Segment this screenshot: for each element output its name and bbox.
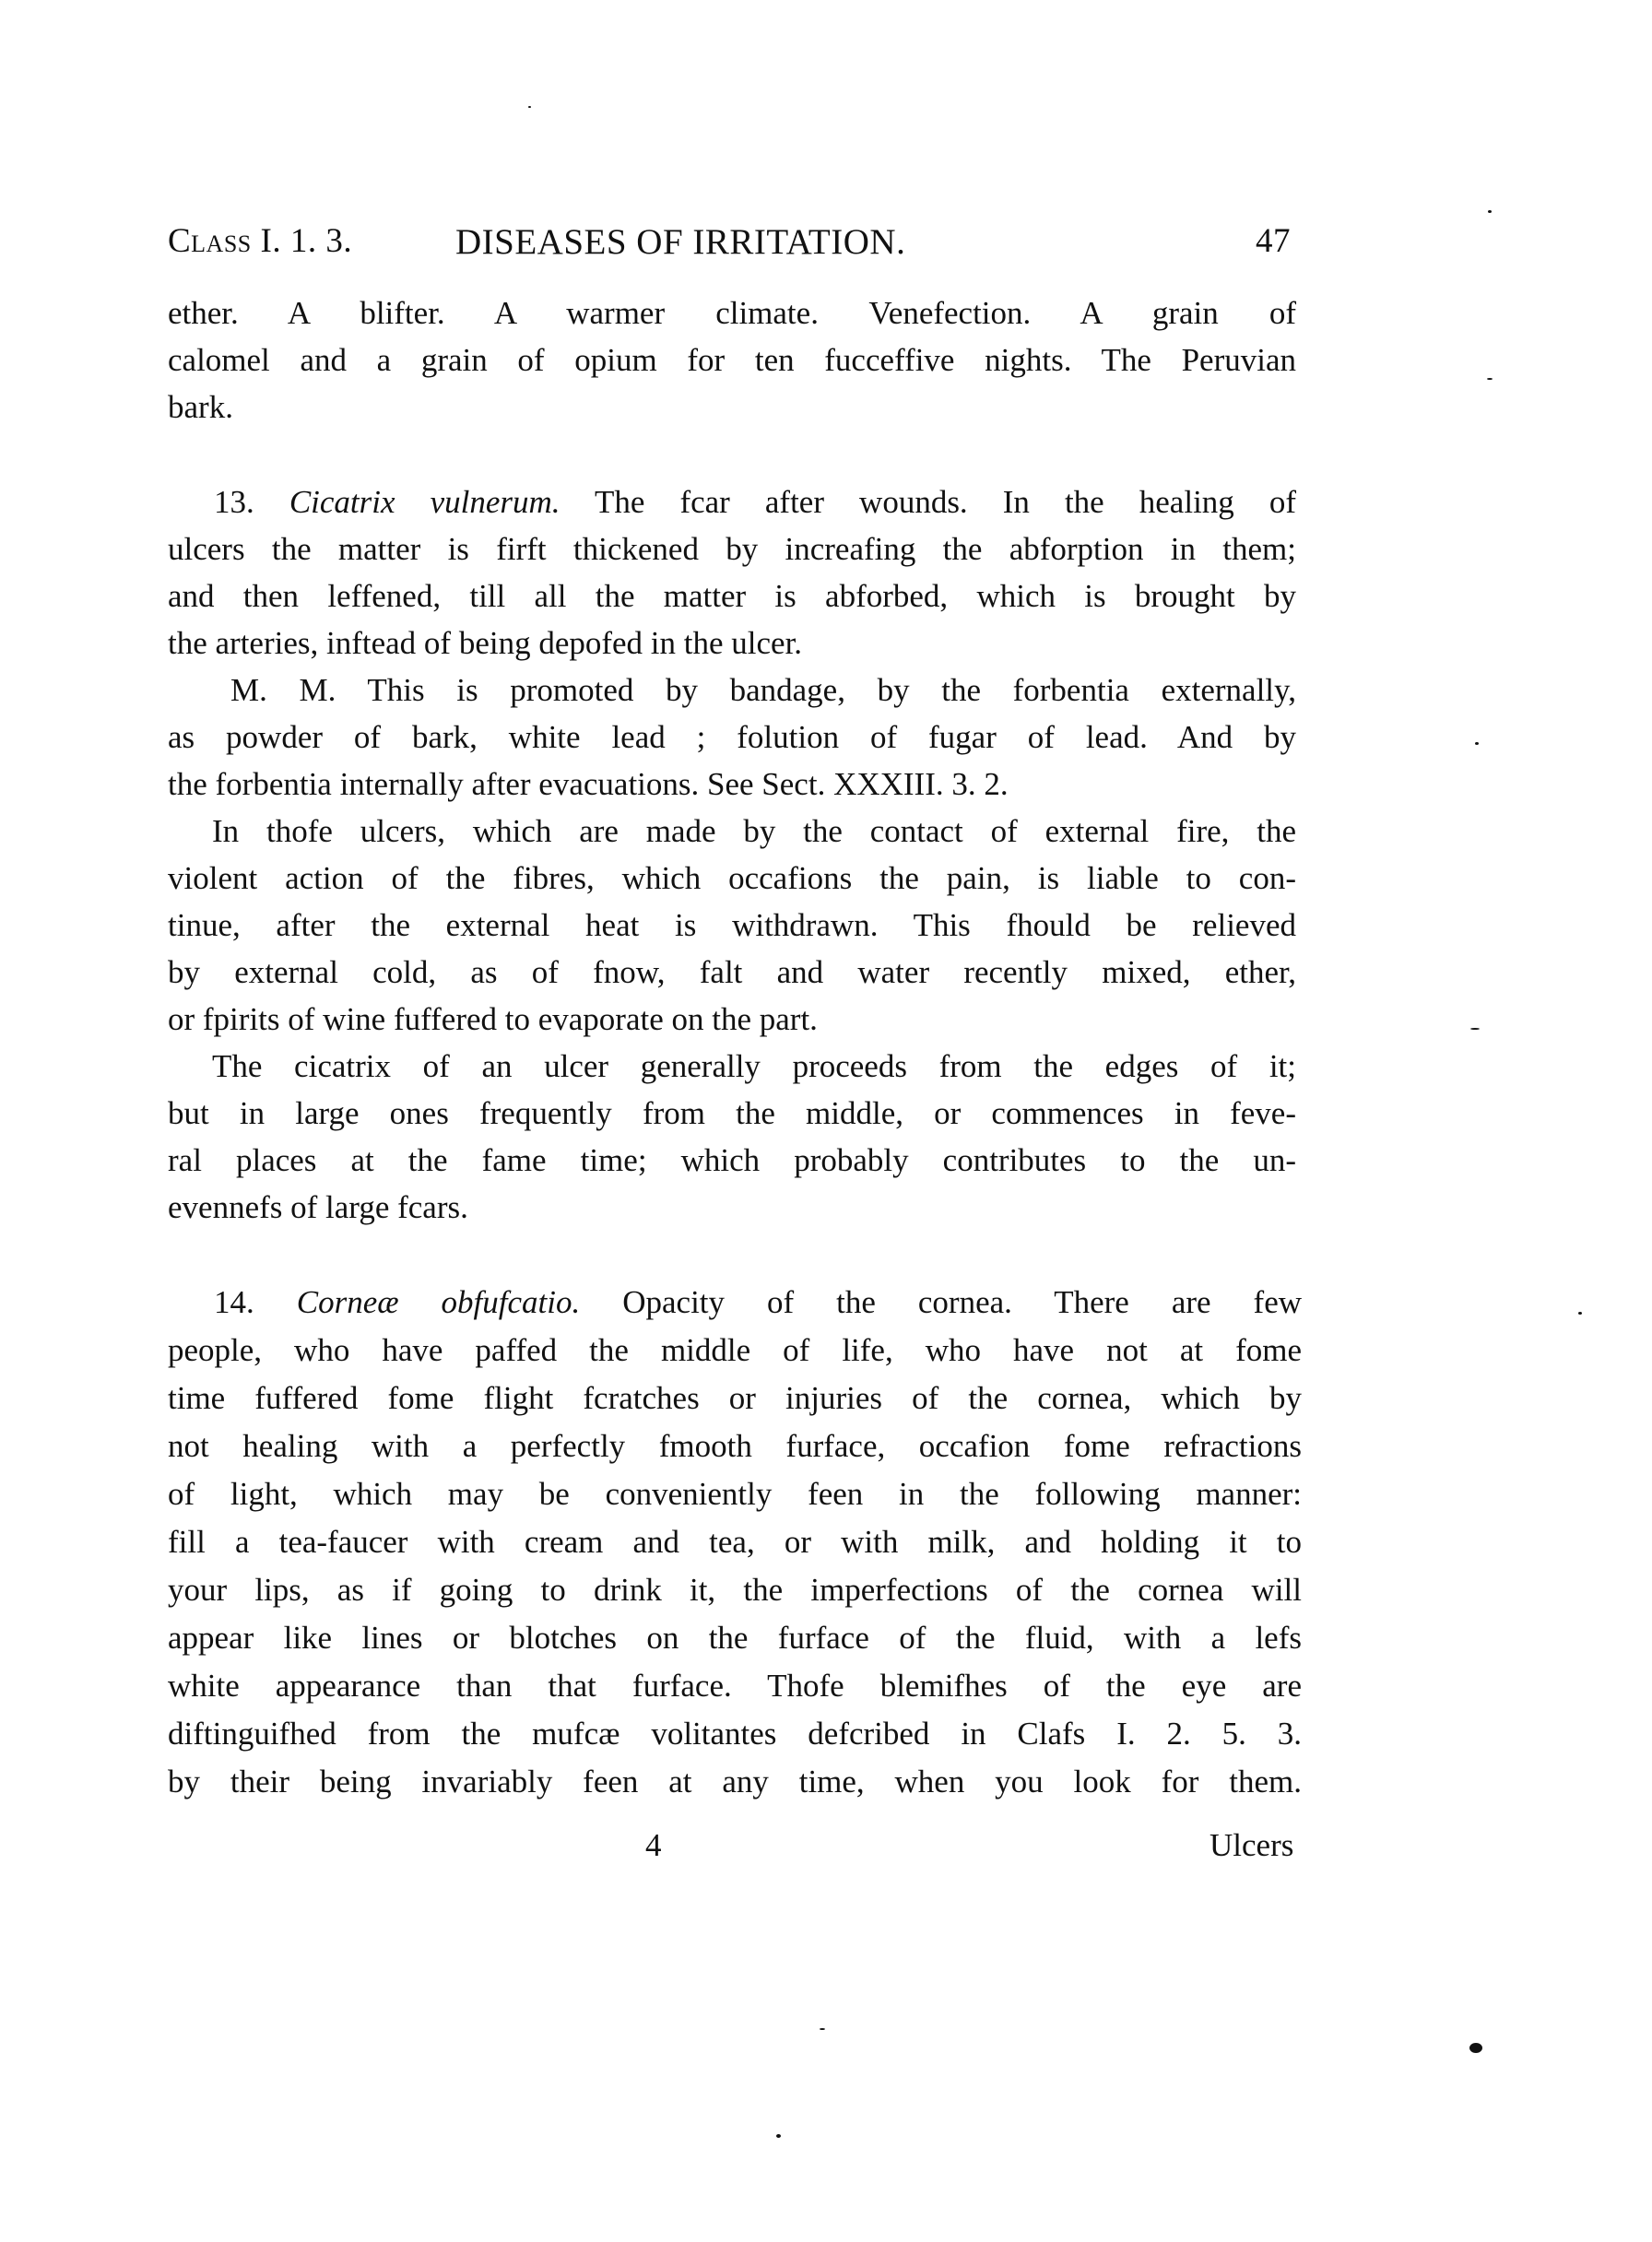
text-line: not healing with a perfectly fmooth furf… (168, 1430, 1302, 1462)
section-number: 13. (214, 484, 254, 520)
text-line: and then leffened, till all the matter i… (168, 580, 1296, 612)
scan-speck (776, 2134, 781, 2138)
text-line: bark. (168, 391, 1296, 423)
class-label: Class I. 1. 3. (168, 222, 352, 260)
text-line: the arteries, inftead of being depofed i… (168, 627, 1296, 659)
text-line: people, who have paffed the middle of li… (168, 1334, 1302, 1366)
text-line: the forbentia internally after evacuatio… (168, 768, 1296, 800)
page-number: 47 (1256, 221, 1291, 261)
text-line: In thofe ulcers, which are made by the c… (212, 815, 1296, 847)
text-line: ulcers the matter is firft thickened by … (168, 533, 1296, 565)
text-line: diftinguifhed from the mufcæ volitantes … (168, 1717, 1302, 1750)
scan-speck (1470, 1028, 1480, 1030)
section-number: 14. (214, 1284, 254, 1320)
running-title: DISEASES OF IRRITATION. (455, 222, 905, 262)
scan-speck (528, 106, 531, 108)
scan-speck (1578, 1312, 1582, 1315)
text-line: by external cold, as of fnow, falt and w… (168, 956, 1296, 988)
text-line: evennefs of large fcars. (168, 1191, 1296, 1223)
text-line: time fuffered fome flight fcratches or i… (168, 1382, 1302, 1414)
scan-speck (1469, 2043, 1482, 2053)
text-line: calomel and a grain of opium for ten fuc… (168, 344, 1296, 376)
text-line: of light, which may be conveniently feen… (168, 1478, 1302, 1510)
text-line: ral places at the fame time; which proba… (168, 1144, 1296, 1176)
running-header-title: DISEASES OF IRRITATION. (455, 221, 905, 263)
scan-speck (1487, 378, 1493, 380)
running-header-class: Class I. 1. 3. (168, 221, 352, 261)
text-line: tinue, after the external heat is withdr… (168, 909, 1296, 941)
text-line: by their being invariably feen at any ti… (168, 1765, 1302, 1798)
scan-speck (1488, 210, 1492, 213)
scan-speck (820, 2028, 825, 2030)
text-line: but in large ones frequently from the mi… (168, 1097, 1296, 1129)
section-title: Corneæ obfufcatio. (297, 1284, 581, 1320)
text-line: M. M. This is promoted by bandage, by th… (230, 674, 1296, 706)
text-line: as powder of bark, white lead ; folution… (168, 721, 1296, 753)
catchword: Ulcers (1209, 1827, 1293, 1864)
section-heading-13: 13. Cicatrix vulnerum. The fcar after wo… (214, 486, 1296, 518)
signature-mark: 4 (645, 1827, 662, 1864)
scan-speck (1475, 742, 1479, 745)
text-line: ether. A blifter. A warmer climate. Vene… (168, 297, 1296, 329)
section-title: Cicatrix vulnerum. (289, 484, 560, 520)
text-line: white appearance than that furface. Thof… (168, 1670, 1302, 1702)
text-line: your lips, as if going to drink it, the … (168, 1574, 1302, 1606)
text-line: appear like lines or blotches on the fur… (168, 1622, 1302, 1654)
section-heading-14: 14. Corneæ obfufcatio. Opacity of the co… (214, 1286, 1302, 1318)
text-line: violent action of the fibres, which occa… (168, 862, 1296, 894)
text-line: The cicatrix of an ulcer generally proce… (212, 1050, 1296, 1082)
text-line: or fpirits of wine fuffered to evaporate… (168, 1003, 1296, 1035)
text-line: fill a tea-faucer with cream and tea, or… (168, 1526, 1302, 1558)
